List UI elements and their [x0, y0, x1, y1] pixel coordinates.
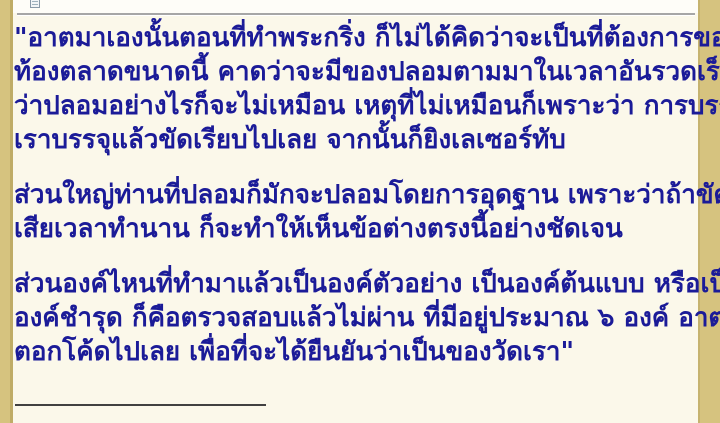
page-placeholder-icon — [30, 0, 40, 8]
quote-line: ส่วนใหญ่ท่านที่ปลอมก็มักจะปลอมโดยการอุดฐ… — [14, 178, 696, 212]
screenshot-root: "อาตมาเองนั้นตอนที่ทำพระกริ่ง ก็ไม่ได้คิ… — [0, 0, 720, 423]
bottom-underline — [15, 404, 266, 406]
left-border-stripe — [0, 0, 13, 423]
quote-line: องค์ชำรุด ก็คือตรวจสอบแล้วไม่ผ่าน ที่มีอ… — [14, 301, 696, 335]
quote-line: ท้องตลาดขนาดนี้ คาดว่าจะมีของปลอมตามมาใน… — [14, 55, 696, 89]
quote-paragraph: "อาตมาเองนั้นตอนที่ทำพระกริ่ง ก็ไม่ได้คิ… — [14, 21, 696, 157]
quote-line: เสียเวลาทำนาน ก็จะทำให้เห็นข้อต่างตรงนี้… — [14, 212, 696, 246]
top-divider-rule — [17, 13, 695, 16]
quote-text-block: "อาตมาเองนั้นตอนที่ทำพระกริ่ง ก็ไม่ได้คิ… — [14, 21, 696, 369]
quote-line: ส่วนองค์ไหนที่ทำมาแล้วเป็นองค์ตัวอย่าง เ… — [14, 267, 696, 301]
quote-paragraph: ส่วนองค์ไหนที่ทำมาแล้วเป็นองค์ตัวอย่าง เ… — [14, 267, 696, 369]
quote-line: "อาตมาเองนั้นตอนที่ทำพระกริ่ง ก็ไม่ได้คิ… — [14, 21, 696, 55]
quote-paragraph: ส่วนใหญ่ท่านที่ปลอมก็มักจะปลอมโดยการอุดฐ… — [14, 178, 696, 246]
quote-line: ว่าปลอมอย่างไรก็จะไม่เหมือน เหตุที่ไม่เห… — [14, 89, 696, 123]
quote-line: เราบรรจุแล้วขัดเรียบไปเลย จากนั้นก็ยิงเล… — [14, 123, 696, 157]
top-white-strip — [13, 0, 698, 13]
quote-line: ตอกโค้ดไปเลย เพื่อที่จะได้ยืนยันว่าเป็นข… — [14, 335, 696, 369]
